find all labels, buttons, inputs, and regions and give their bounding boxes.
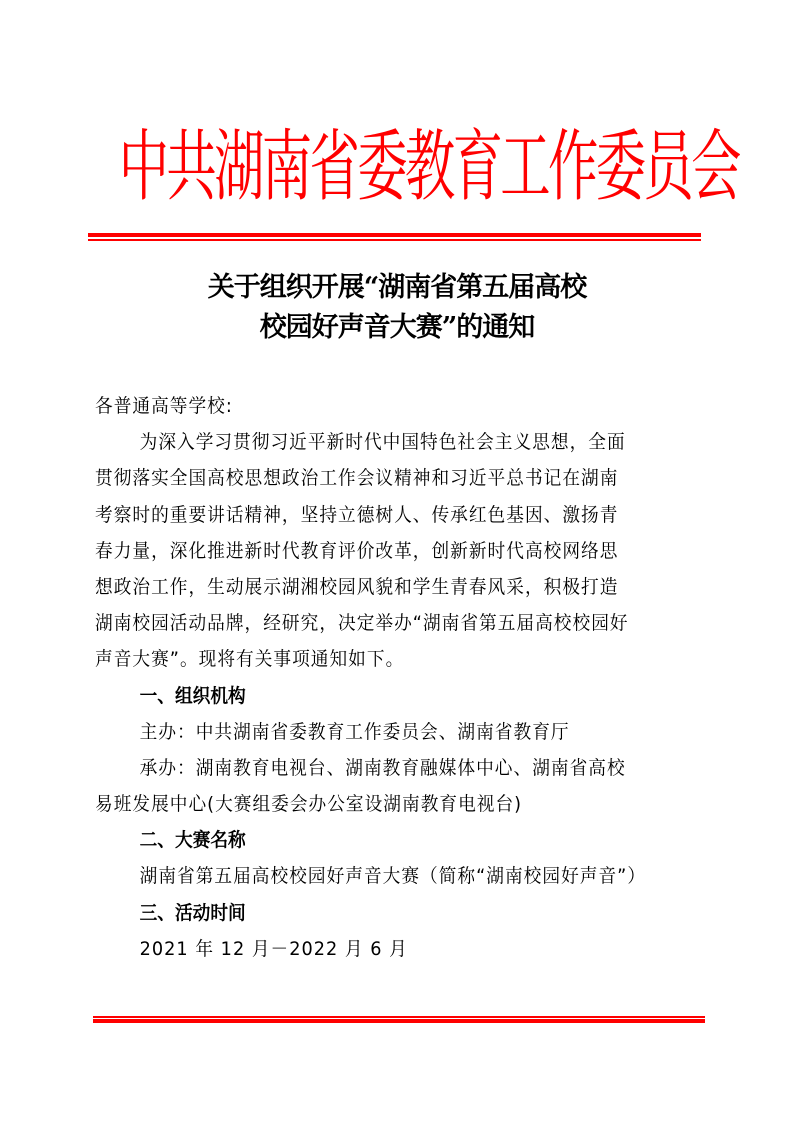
contest-name-line: 湖南省第五届高校校园好声音大赛（简称“湖南校园好声音”） xyxy=(95,858,664,894)
header-divider-thin xyxy=(88,239,701,241)
document-title: 关于组织开展“湖南省第五届高校 校园好声音大赛”的通知 xyxy=(100,268,694,348)
title-line-2: 校园好声音大赛”的通知 xyxy=(100,308,694,348)
paragraph-line: 春力量，深化推进新时代教育评价改革，创新新时代高校网络思 xyxy=(95,533,664,569)
title-line-1: 关于组织开展“湖南省第五届高校 xyxy=(100,268,694,308)
paragraph-line: 为深入学习贯彻习近平新时代中国特色社会主义思想，全面 xyxy=(95,424,664,460)
footer-divider-thin xyxy=(93,1016,705,1018)
section-heading-event-time: 三、活动时间 xyxy=(95,895,664,931)
organizer-line: 主办：中共湖南省委教育工作委员会、湖南省教育厅 xyxy=(95,714,664,750)
document-body: 各普通高等学校: 为深入学习贯彻习近平新时代中国特色社会主义思想，全面 贯彻落实… xyxy=(95,388,707,967)
document-page: 中共湖南省委教育工作委员会 关于组织开展“湖南省第五届高校 校园好声音大赛”的通… xyxy=(0,0,794,1123)
paragraph-line: 想政治工作，生动展示湖湘校园风貌和学生青春风采，积极打造 xyxy=(95,569,664,605)
paragraph-line: 湖南校园活动品牌，经研究，决定举办“湖南省第五届高校校园好 xyxy=(95,605,664,641)
paragraph-line: 贯彻落实全国高校思想政治工作会议精神和习近平总书记在湖南 xyxy=(95,460,664,496)
section-heading-contest-name: 二、大赛名称 xyxy=(95,822,664,858)
event-time-line: 2021 年 12 月－2022 月 6 月 xyxy=(95,931,664,967)
paragraph-line: 考察时的重要讲话精神，坚持立德树人、传承红色基因、激扬青 xyxy=(95,497,664,533)
paragraph-line: 声音大赛”。现将有关事项通知如下。 xyxy=(95,641,664,677)
organization-header: 中共湖南省委教育工作委员会 xyxy=(119,99,672,237)
co-organizer-line: 承办：湖南教育电视台、湖南教育融媒体中心、湖南省高校 xyxy=(95,750,664,786)
salutation: 各普通高等学校: xyxy=(95,388,664,424)
co-organizer-line-cont: 易班发展中心(大赛组委会办公室设湖南教育电视台) xyxy=(95,786,664,822)
section-heading-organization: 一、组织机构 xyxy=(95,678,664,714)
header-divider-thick xyxy=(88,233,701,237)
footer-divider-thick xyxy=(93,1019,705,1023)
